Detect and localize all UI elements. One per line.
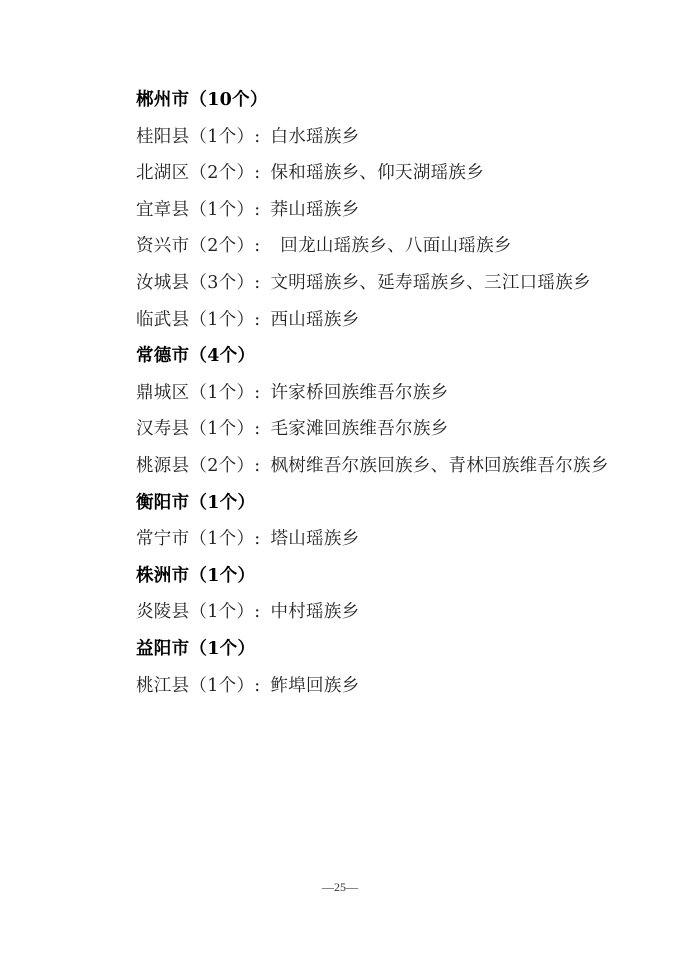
township-list: 白水瑶族乡: [270, 127, 359, 147]
township-list: 回龙山瑶族乡、八面山瑶族乡: [274, 236, 511, 256]
county-line-dingcheng: 鼎城区（1个）:许家桥回族维吾尔族乡: [136, 379, 616, 416]
document-page: 郴州市（10个） 桂阳县（1个）:白水瑶族乡 北湖区（2个）:保和瑶族乡、仰天湖…: [0, 0, 680, 962]
city-heading-zhuzhou: 株洲市（1个）: [136, 562, 616, 599]
township-list: 保和瑶族乡、仰天湖瑶族乡: [270, 163, 484, 183]
township-list: 许家桥回族维吾尔族乡: [270, 383, 448, 403]
county-line-rucheng: 汝城县（3个）:文明瑶族乡、延寿瑶族乡、三江口瑶族乡: [136, 269, 616, 306]
county-name: 临武县: [136, 310, 189, 330]
township-list: 莽山瑶族乡: [270, 200, 359, 220]
county-name: 汝城县: [136, 273, 189, 293]
city-heading-chenzhou: 郴州市（10个）: [136, 86, 616, 123]
county-line-taojiang: 桃江县（1个）:鲊埠回族乡: [136, 672, 616, 709]
township-count: （3个）:: [189, 273, 260, 293]
county-line-hanshou: 汉寿县（1个）:毛家滩回族维吾尔族乡: [136, 415, 616, 452]
city-heading-yiyang: 益阳市（1个）: [136, 635, 616, 672]
county-line-zixing: 资兴市（2个）: 回龙山瑶族乡、八面山瑶族乡: [136, 232, 616, 269]
township-list: 鲊埠回族乡: [270, 676, 359, 696]
township-count: （1个）:: [189, 676, 260, 696]
document-body: 郴州市（10个） 桂阳县（1个）:白水瑶族乡 北湖区（2个）:保和瑶族乡、仰天湖…: [136, 86, 616, 708]
township-list: 塔山瑶族乡: [270, 529, 359, 549]
county-line-beihu: 北湖区（2个）:保和瑶族乡、仰天湖瑶族乡: [136, 159, 616, 196]
township-count: （1个）:: [189, 200, 260, 220]
township-count: （1个）:: [189, 127, 260, 147]
township-count: （2个）:: [189, 236, 260, 256]
township-count: （1个）:: [189, 383, 260, 403]
county-name: 鼎城区: [136, 383, 189, 403]
county-line-yizhang: 宜章县（1个）:莽山瑶族乡: [136, 196, 616, 233]
township-count: （1个）:: [189, 529, 260, 549]
township-list: 中村瑶族乡: [270, 602, 359, 622]
county-name: 炎陵县: [136, 602, 189, 622]
county-name: 桂阳县: [136, 127, 189, 147]
county-line-linwu: 临武县（1个）:西山瑶族乡: [136, 306, 616, 343]
township-list: 西山瑶族乡: [270, 310, 359, 330]
county-name: 资兴市: [136, 236, 189, 256]
county-line-taoyuan: 桃源县（2个）:枫树维吾尔族回族乡、青林回族维吾尔族乡: [136, 452, 616, 489]
county-line-yanling: 炎陵县（1个）:中村瑶族乡: [136, 598, 616, 635]
county-name: 宜章县: [136, 200, 189, 220]
page-number: —25—: [0, 880, 680, 895]
county-name: 北湖区: [136, 163, 189, 183]
county-name: 桃源县: [136, 456, 189, 476]
township-count: （2个）:: [189, 456, 260, 476]
county-name: 汉寿县: [136, 419, 189, 439]
township-list: 毛家滩回族维吾尔族乡: [270, 419, 448, 439]
city-heading-hengyang: 衡阳市（1个）: [136, 489, 616, 526]
county-line-guiyang: 桂阳县（1个）:白水瑶族乡: [136, 123, 616, 160]
county-name: 常宁市: [136, 529, 189, 549]
township-count: （2个）:: [189, 163, 260, 183]
county-line-changning: 常宁市（1个）:塔山瑶族乡: [136, 525, 616, 562]
township-count: （1个）:: [189, 419, 260, 439]
city-heading-changde: 常德市（4个）: [136, 342, 616, 379]
township-count: （1个）:: [189, 602, 260, 622]
township-list: 文明瑶族乡、延寿瑶族乡、三江口瑶族乡: [270, 273, 590, 293]
county-name: 桃江县: [136, 676, 189, 696]
township-list: 枫树维吾尔族回族乡、青林回族维吾尔族乡: [270, 456, 608, 476]
township-count: （1个）:: [189, 310, 260, 330]
